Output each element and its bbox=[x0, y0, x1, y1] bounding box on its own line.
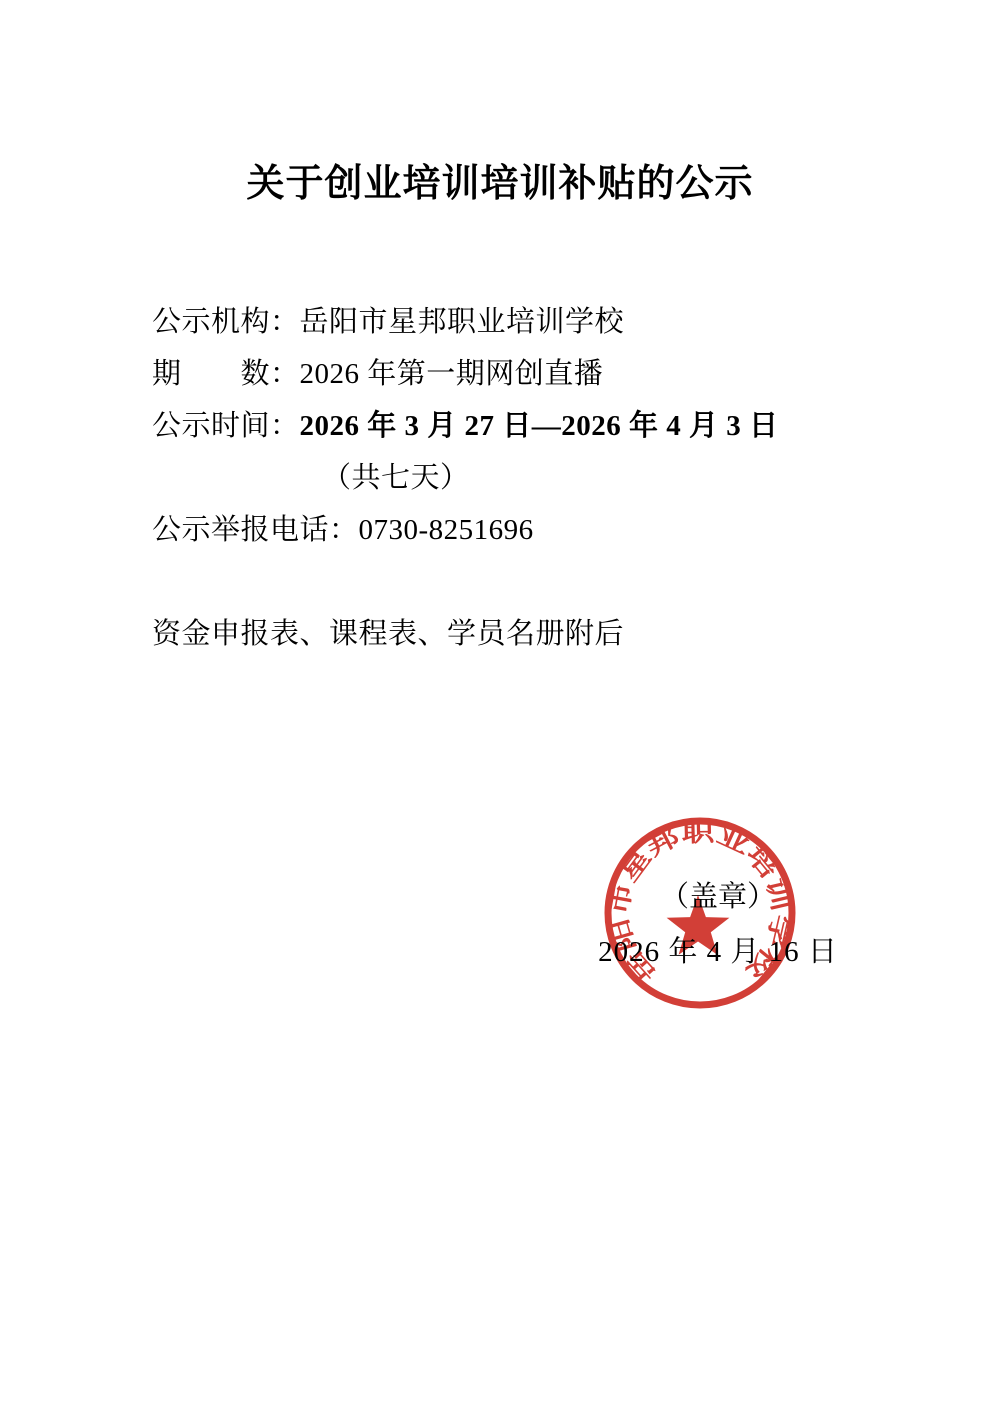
field-phone-value: 0730-8251696 bbox=[359, 514, 534, 546]
field-org-label: 公示机构： bbox=[152, 306, 300, 338]
field-duration-value: （共七天） bbox=[322, 462, 470, 494]
field-period: 期 数：2026 年第一期网创直播 bbox=[152, 348, 912, 400]
field-phone: 公示举报电话：0730-8251696 bbox=[152, 504, 912, 556]
blank-line bbox=[152, 556, 912, 608]
field-phone-label: 公示举报电话： bbox=[152, 514, 359, 546]
field-period-label: 期 数： bbox=[152, 358, 300, 390]
field-period-value: 2026 年第一期网创直播 bbox=[300, 358, 604, 390]
attachment-note: 资金申报表、课程表、学员名册附后 bbox=[152, 608, 912, 660]
field-time: 公示时间：2026 年 3 月 27 日—2026 年 4 月 3 日 bbox=[152, 400, 912, 452]
stamp-label: （盖章） bbox=[660, 874, 776, 915]
document-page: 关于创业培训培训补贴的公示 公示机构：岳阳市星邦职业培训学校 期 数：2026 … bbox=[0, 0, 1000, 1414]
field-time-label: 公示时间： bbox=[152, 410, 300, 442]
signature-date: 2026 年 4 月 16 日 bbox=[598, 929, 838, 970]
document-body: 公示机构：岳阳市星邦职业培训学校 期 数：2026 年第一期网创直播 公示时间：… bbox=[152, 296, 912, 660]
field-org-value: 岳阳市星邦职业培训学校 bbox=[300, 306, 625, 338]
document-title: 关于创业培训培训补贴的公示 bbox=[0, 152, 1000, 207]
field-duration: （共七天） bbox=[322, 452, 912, 504]
field-org: 公示机构：岳阳市星邦职业培训学校 bbox=[152, 296, 912, 348]
field-time-value: 2026 年 3 月 27 日—2026 年 4 月 3 日 bbox=[300, 410, 779, 442]
